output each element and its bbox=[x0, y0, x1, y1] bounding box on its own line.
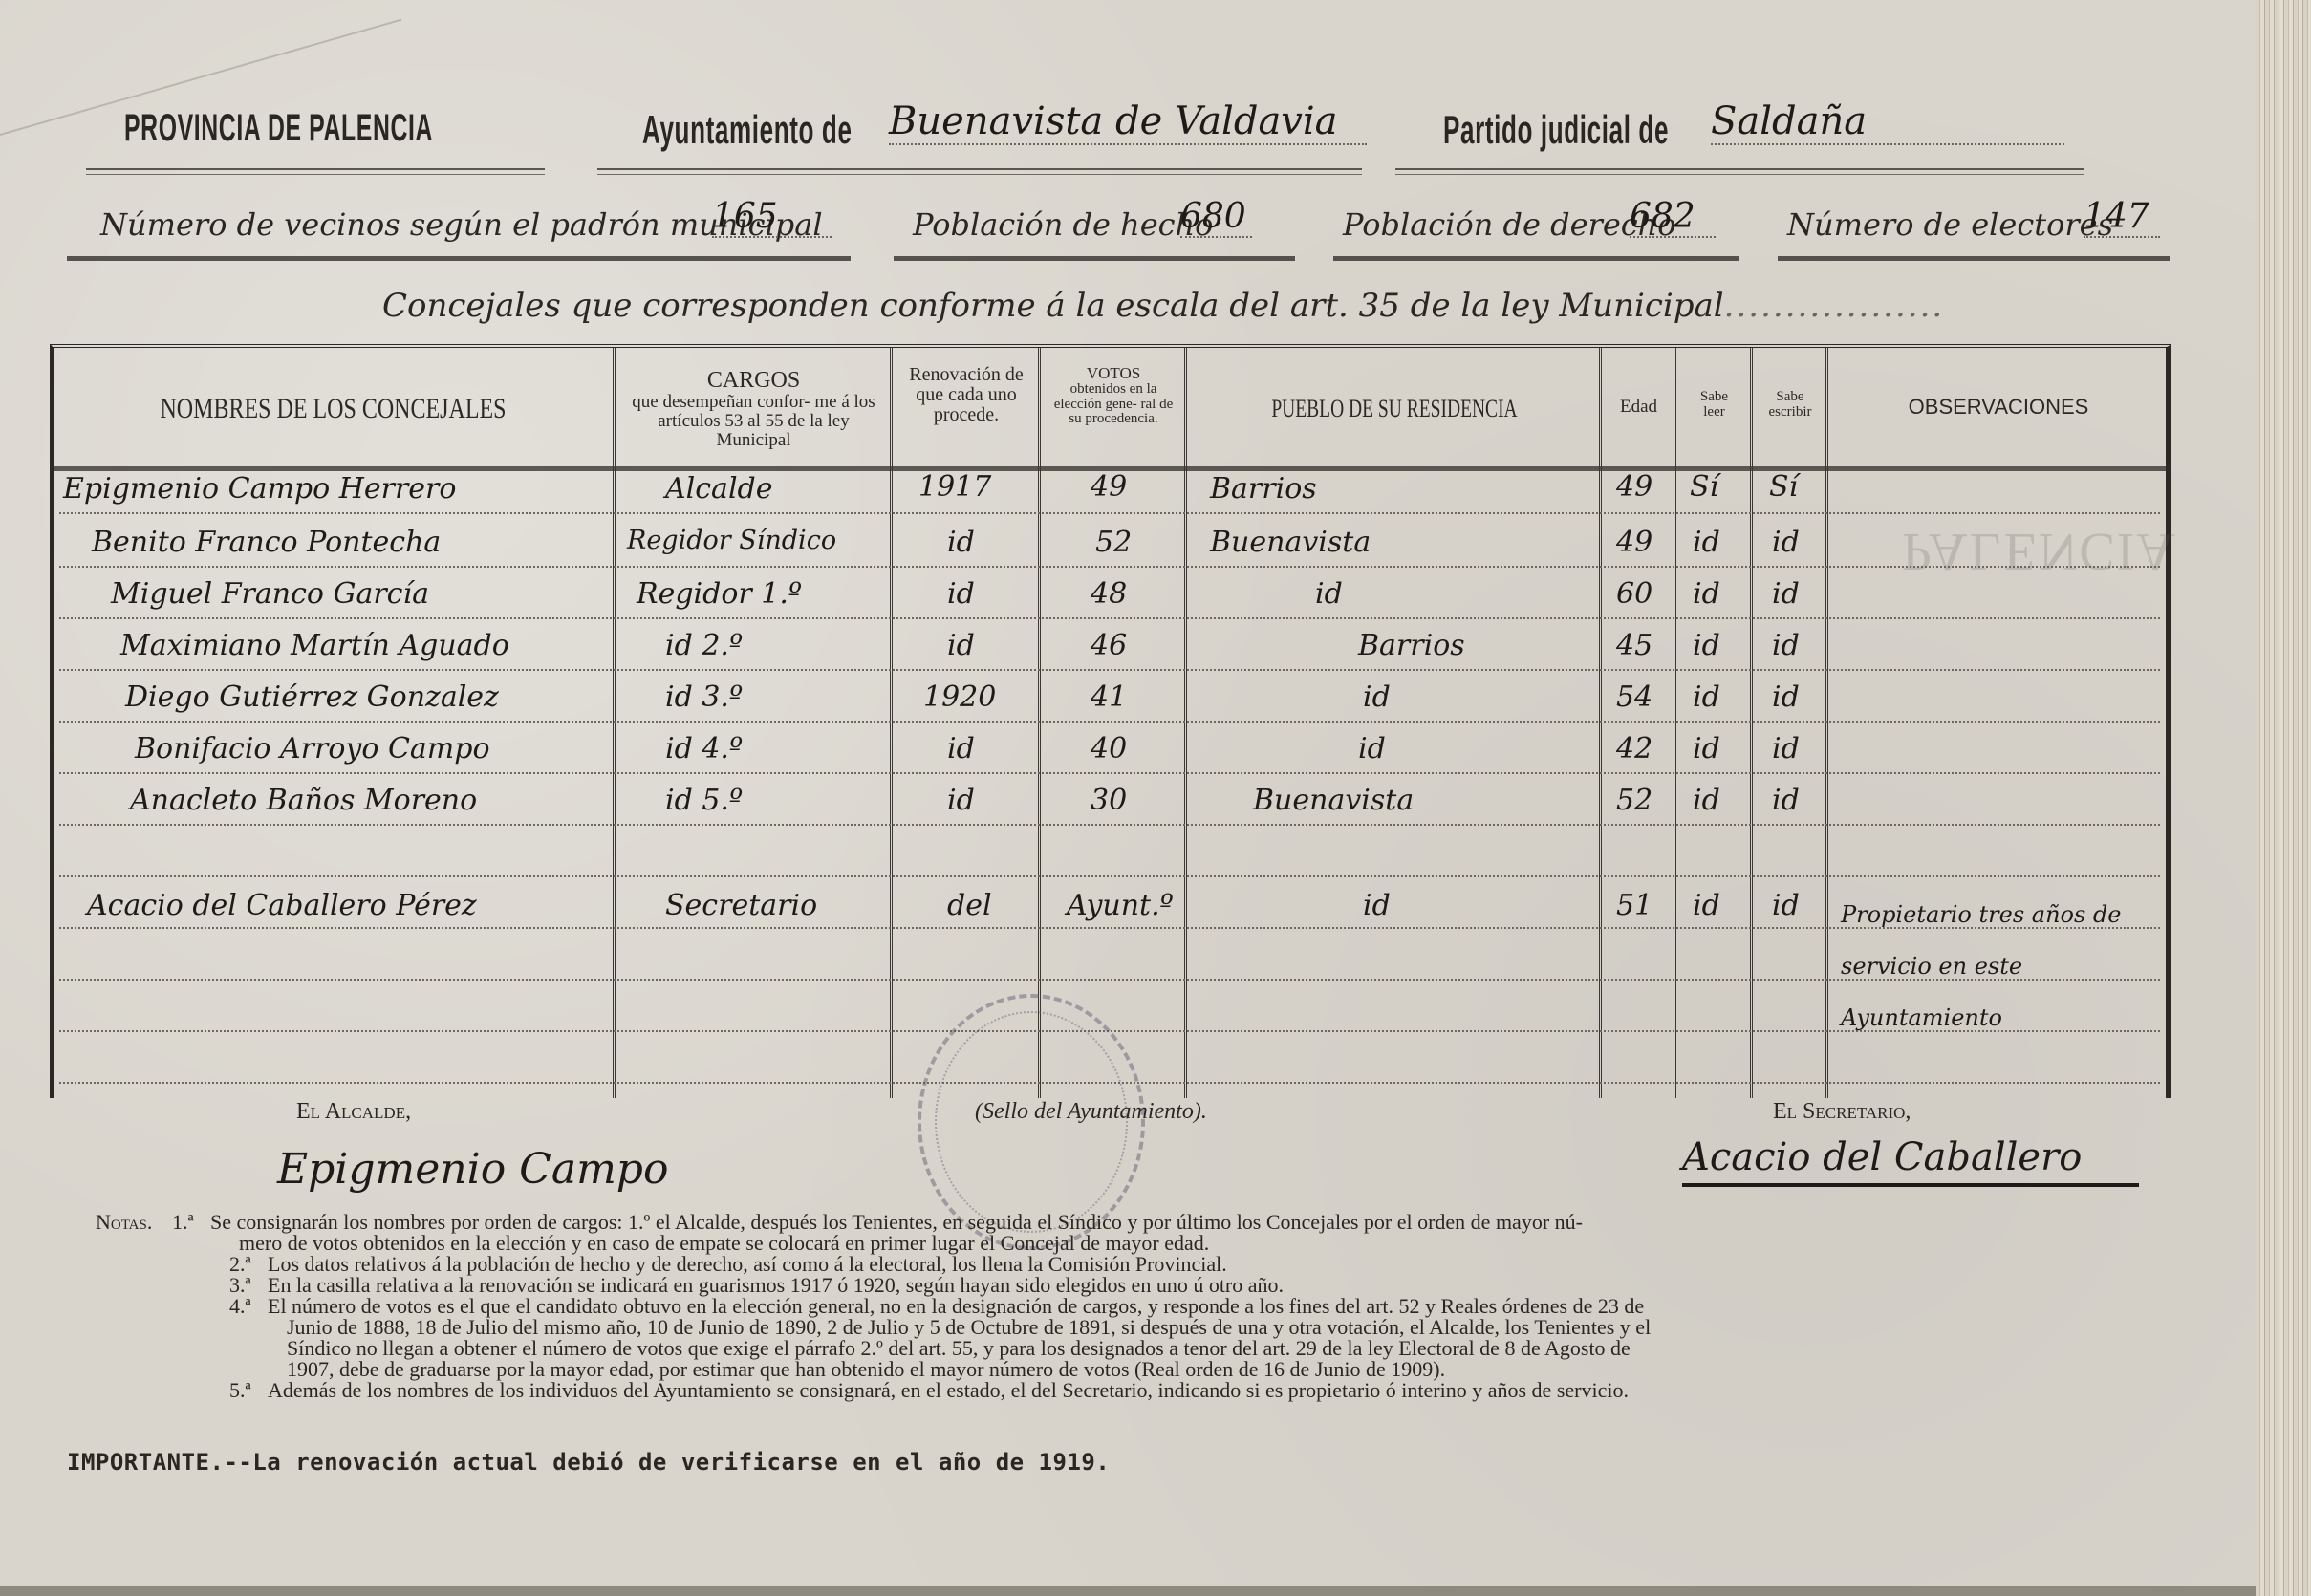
cell-renovacion: id bbox=[947, 784, 975, 817]
document-page: PROVINCIA DE PALENCIA Ayuntamiento de Bu… bbox=[0, 0, 2256, 1586]
note-1-number: 1.ª bbox=[172, 1212, 194, 1233]
cell-votos: 48 bbox=[1091, 577, 1127, 611]
note-1-text: Se consignarán los nombres por orden de … bbox=[210, 1212, 1583, 1233]
col-divider bbox=[1038, 348, 1041, 1098]
cell-renovacion: id bbox=[947, 526, 975, 559]
electores-label: Número de electores bbox=[1787, 206, 2113, 243]
row-line bbox=[59, 512, 2160, 514]
cell-leer: id bbox=[1693, 784, 1720, 817]
cell-nombre: Bonifacio Arroyo Campo bbox=[135, 732, 490, 766]
cell-leer: Sí bbox=[1690, 470, 1718, 504]
cell-cargo: Alcalde bbox=[665, 472, 773, 506]
alcalde-label: El Alcalde, bbox=[296, 1099, 411, 1125]
divider bbox=[1333, 256, 1739, 261]
vecinos-value: 165 bbox=[712, 197, 832, 238]
divider bbox=[597, 168, 1362, 175]
header-sabe-escribir: Sabe escribir bbox=[1755, 390, 1825, 421]
cell-votos: 41 bbox=[1091, 680, 1127, 714]
cell-votos: Ayunt.º bbox=[1067, 889, 1174, 922]
cell-escribir: id bbox=[1772, 889, 1800, 922]
row-line bbox=[59, 617, 2160, 619]
cell-votos: 52 bbox=[1095, 526, 1132, 559]
ayuntamiento-value: Buenavista de Valdavia bbox=[889, 99, 1367, 145]
divider bbox=[1778, 256, 2170, 261]
cell-pueblo: Barrios bbox=[1358, 629, 1465, 662]
cell-nombre: Benito Franco Pontecha bbox=[92, 526, 441, 559]
cell-votos: 40 bbox=[1091, 732, 1127, 766]
cell-cargo: id 5.º bbox=[665, 784, 743, 817]
electores-value: 147 bbox=[2084, 197, 2160, 238]
cell-leer: id bbox=[1693, 526, 1720, 559]
header-renovacion: Renovación de que cada uno procede. bbox=[895, 365, 1038, 425]
cell-votos: 46 bbox=[1091, 629, 1127, 662]
cell-pueblo: Barrios bbox=[1210, 472, 1317, 506]
cell-leer: id bbox=[1693, 889, 1720, 922]
province-title: PROVINCIA DE PALENCIA bbox=[124, 107, 433, 150]
header-votos: VOTOS obtenidos en la elección gene- ral… bbox=[1043, 365, 1184, 427]
show-through-text: PALENCIA bbox=[1902, 521, 2177, 582]
header-votos-title: VOTOS bbox=[1043, 365, 1184, 382]
cell-pueblo: id bbox=[1358, 732, 1386, 766]
hecho-label: Población de hecho bbox=[913, 206, 1213, 243]
cell-leer: id bbox=[1693, 680, 1720, 714]
subtitle: Concejales que corresponden conforme á l… bbox=[382, 287, 1944, 325]
header-observaciones: OBSERVACIONES bbox=[1831, 396, 2166, 418]
cell-edad: 49 bbox=[1616, 470, 1652, 504]
cell-votos: 30 bbox=[1091, 784, 1127, 817]
divider bbox=[86, 168, 545, 175]
cell-edad: 49 bbox=[1616, 526, 1652, 559]
cell-edad: 45 bbox=[1616, 629, 1652, 662]
cell-nombre: Epigmenio Campo Herrero bbox=[63, 472, 456, 506]
cell-nombre: Acacio del Caballero Pérez bbox=[87, 889, 477, 922]
cell-renovacion: id bbox=[947, 732, 975, 766]
cell-cargo: Regidor 1.º bbox=[637, 577, 802, 611]
cell-edad: 51 bbox=[1616, 889, 1652, 922]
col-divider bbox=[1674, 348, 1676, 1098]
row-line bbox=[59, 566, 2160, 568]
cell-observaciones: Propietario tres años de servicio en est… bbox=[1841, 889, 2156, 1044]
note-4-text-cont: Síndico no llegan a obtener el número de… bbox=[287, 1338, 1631, 1359]
note-3-number: 3.ª bbox=[229, 1275, 251, 1296]
cell-leer: id bbox=[1693, 577, 1720, 611]
cell-cargo: id 3.º bbox=[665, 680, 743, 714]
cell-renovacion: 1917 bbox=[918, 470, 991, 504]
cell-pueblo: id bbox=[1363, 889, 1391, 922]
cell-pueblo: id bbox=[1363, 680, 1391, 714]
header-cargos: CARGOS que desempeñan confor- me á los a… bbox=[617, 369, 890, 450]
note-2-number: 2.ª bbox=[229, 1254, 251, 1275]
header-cargos-sub: que desempeñan confor- me á los artículo… bbox=[617, 393, 890, 450]
secretario-label: El Secretario, bbox=[1773, 1099, 1911, 1125]
cell-leer: id bbox=[1693, 629, 1720, 662]
col-divider bbox=[1184, 348, 1187, 1098]
col-divider bbox=[1750, 348, 1753, 1098]
ayuntamiento-label: Ayuntamiento de bbox=[642, 107, 853, 153]
cell-escribir: id bbox=[1772, 680, 1800, 714]
header-edad: Edad bbox=[1604, 398, 1674, 417]
col-divider bbox=[890, 348, 893, 1098]
col-divider bbox=[613, 348, 616, 1098]
cell-edad: 60 bbox=[1616, 577, 1652, 611]
cell-cargo: id 4.º bbox=[665, 732, 743, 766]
note-4-text-cont: 1907, debe de graduarse por la mayor eda… bbox=[287, 1359, 1445, 1380]
note-4-text-cont: Junio de 1888, 18 de Julio del mismo año… bbox=[287, 1317, 1651, 1338]
row-line bbox=[59, 721, 2160, 723]
row-line bbox=[59, 669, 2160, 671]
divider bbox=[894, 256, 1295, 261]
cell-renovacion: 1920 bbox=[923, 680, 996, 714]
cell-edad: 42 bbox=[1616, 732, 1652, 766]
cell-escribir: id bbox=[1772, 577, 1800, 611]
notes-label: Notas. bbox=[96, 1212, 152, 1233]
seal-label: (Sello del Ayuntamiento). bbox=[975, 1099, 1207, 1125]
cell-pueblo: Buenavista bbox=[1253, 784, 1414, 817]
row-line bbox=[59, 875, 2160, 877]
row-line bbox=[59, 772, 2160, 774]
note-1-text-cont: mero de votos obtenidos en la elección y… bbox=[239, 1233, 1209, 1254]
derecho-label: Población de derecho bbox=[1343, 206, 1676, 243]
cell-nombre: Anacleto Baños Moreno bbox=[130, 784, 477, 817]
cell-nombre: Maximiano Martín Aguado bbox=[120, 629, 509, 662]
cell-renovacion: id bbox=[947, 629, 975, 662]
book-page-edges bbox=[2256, 0, 2311, 1596]
cell-escribir: id bbox=[1772, 629, 1800, 662]
cell-nombre: Diego Gutiérrez Gonzalez bbox=[125, 680, 499, 714]
note-3-text: En la casilla relativa a la renovación s… bbox=[268, 1275, 1284, 1296]
cell-cargo: Regidor Síndico bbox=[627, 526, 836, 555]
alcalde-signature: Epigmenio Campo bbox=[277, 1145, 668, 1194]
partido-label: Partido judicial de bbox=[1443, 107, 1669, 153]
header-nombres: NOMBRES DE LOS CONCEJALES bbox=[110, 394, 557, 424]
divider bbox=[67, 256, 851, 261]
note-4-text: El número de votos es el que el candidat… bbox=[268, 1296, 1644, 1317]
cell-votos: 49 bbox=[1091, 470, 1127, 504]
cell-renovacion: del bbox=[947, 889, 992, 922]
cell-edad: 54 bbox=[1616, 680, 1652, 714]
note-5-text: Además de los nombres de los individuos … bbox=[268, 1380, 1629, 1401]
note-5-number: 5.ª bbox=[229, 1380, 251, 1401]
cell-nombre: Miguel Franco García bbox=[111, 577, 429, 611]
header-sabe-leer: Sabe leer bbox=[1678, 390, 1750, 421]
cell-escribir: id bbox=[1772, 526, 1800, 559]
header-cargos-title: CARGOS bbox=[617, 369, 890, 393]
header-votos-sub: obtenidos en la elección gene- ral de su… bbox=[1043, 382, 1184, 427]
partido-value: Saldaña bbox=[1711, 99, 2064, 145]
row-line bbox=[59, 824, 2160, 826]
hecho-value: 680 bbox=[1180, 197, 1252, 238]
cell-renovacion: id bbox=[947, 577, 975, 611]
note-4-number: 4.ª bbox=[229, 1296, 251, 1317]
cell-cargo: Secretario bbox=[665, 889, 817, 922]
cell-pueblo: id bbox=[1315, 577, 1343, 611]
cell-pueblo: Buenavista bbox=[1210, 526, 1371, 559]
cell-cargo: id 2.º bbox=[665, 629, 743, 662]
cell-escribir: id bbox=[1772, 732, 1800, 766]
cell-escribir: id bbox=[1772, 784, 1800, 817]
cell-escribir: Sí bbox=[1769, 470, 1798, 504]
divider bbox=[1395, 168, 2084, 175]
col-divider bbox=[1825, 348, 1828, 1098]
header-pueblo: PUEBLO DE SU RESIDENCIA bbox=[1241, 396, 1549, 421]
cell-edad: 52 bbox=[1616, 784, 1652, 817]
secretario-signature: Acacio del Caballero bbox=[1682, 1135, 2139, 1187]
col-divider bbox=[1599, 348, 1602, 1098]
important-notice: IMPORTANTE.--La renovación actual debió … bbox=[67, 1449, 1110, 1476]
cell-leer: id bbox=[1693, 732, 1720, 766]
note-2-text: Los datos relativos á la población de he… bbox=[268, 1254, 1227, 1275]
concejales-table: NOMBRES DE LOS CONCEJALES CARGOS que des… bbox=[50, 344, 2171, 1098]
derecho-value: 682 bbox=[1630, 197, 1716, 238]
